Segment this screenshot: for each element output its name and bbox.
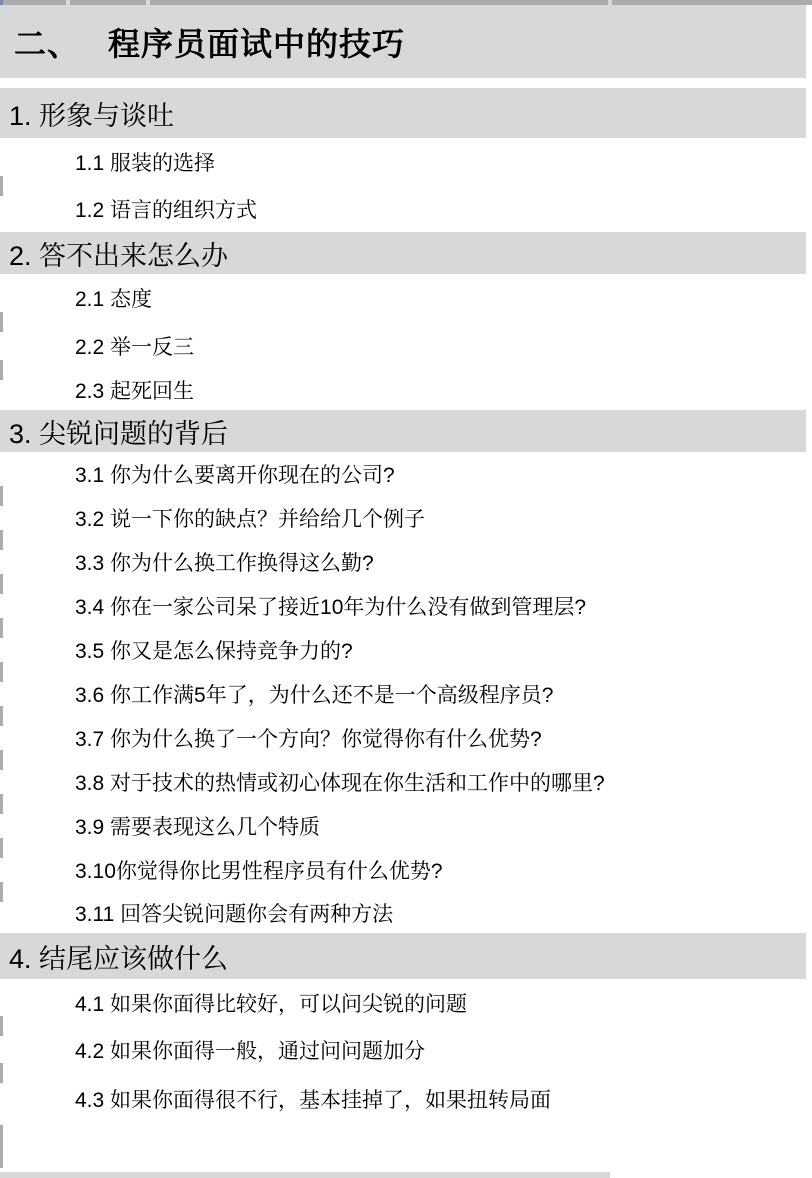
doc-title-text: 程序员面试中的技巧 (108, 19, 405, 65)
toc-item: 1.2 语言的组织方式 (0, 186, 812, 232)
toc-item: 3.8 对于技术的热情或初心体现在你生活和工作中的哪里? (0, 760, 812, 804)
toc-item: 3.2 说一下你的缺点？并给给几个例子 (0, 496, 812, 540)
toc-item: 3.5 你又是怎么保持竞争力的? (0, 628, 812, 672)
toc-item: 2.1 态度 (0, 274, 812, 322)
toc-item: 2.2 举一反三 (0, 322, 812, 370)
horizontal-scrollbar[interactable] (0, 1172, 610, 1178)
toc-item: 3.3 你为什么换工作换得这么勤? (0, 540, 812, 584)
section-header-1: 1. 形象与谈吐 (0, 88, 806, 138)
section-header-4: 4. 结尾应该做什么 (0, 933, 806, 979)
title-gap (0, 78, 812, 88)
toc-item: 3.10你觉得你比男性程序员有什么优势? (0, 848, 812, 892)
toc-item: 3.9 需要表现这么几个特质 (0, 804, 812, 848)
toc-item: 4.1 如果你面得比较好，可以问尖锐的问题 (0, 979, 812, 1026)
section-header-3: 3. 尖锐问题的背后 (0, 410, 806, 452)
toc-item: 3.6 你工作满5年了，为什么还不是一个高级程序员? (0, 672, 812, 716)
toc-item: 3.1 你为什么要离开你现在的公司? (0, 452, 812, 496)
toc-item: 4.3 如果你面得很不行，基本挂掉了，如果扭转局面 (0, 1073, 812, 1125)
toc-item: 2.3 起死回生 (0, 370, 812, 410)
doc-title: 二、 程序员面试中的技巧 (0, 5, 806, 78)
toc-item: 3.7 你为什么换了一个方向？你觉得你有什么优势? (0, 716, 812, 760)
toc-item: 3.4 你在一家公司呆了接近10年为什么没有做到管理层? (0, 584, 812, 628)
toc-item: 4.2 如果你面得一般，通过问问题加分 (0, 1026, 812, 1073)
document-page: 二、 程序员面试中的技巧 1. 形象与谈吐 1.1 服装的选择 1.2 语言的组… (0, 0, 812, 1178)
document-outline: 二、 程序员面试中的技巧 1. 形象与谈吐 1.1 服装的选择 1.2 语言的组… (0, 5, 812, 1125)
toc-item: 1.1 服装的选择 (0, 138, 812, 186)
section-header-2: 2. 答不出来怎么办 (0, 232, 806, 274)
doc-title-number: 二、 (14, 19, 80, 65)
toc-item: 3.11 回答尖锐问题你会有两种方法 (0, 892, 812, 933)
